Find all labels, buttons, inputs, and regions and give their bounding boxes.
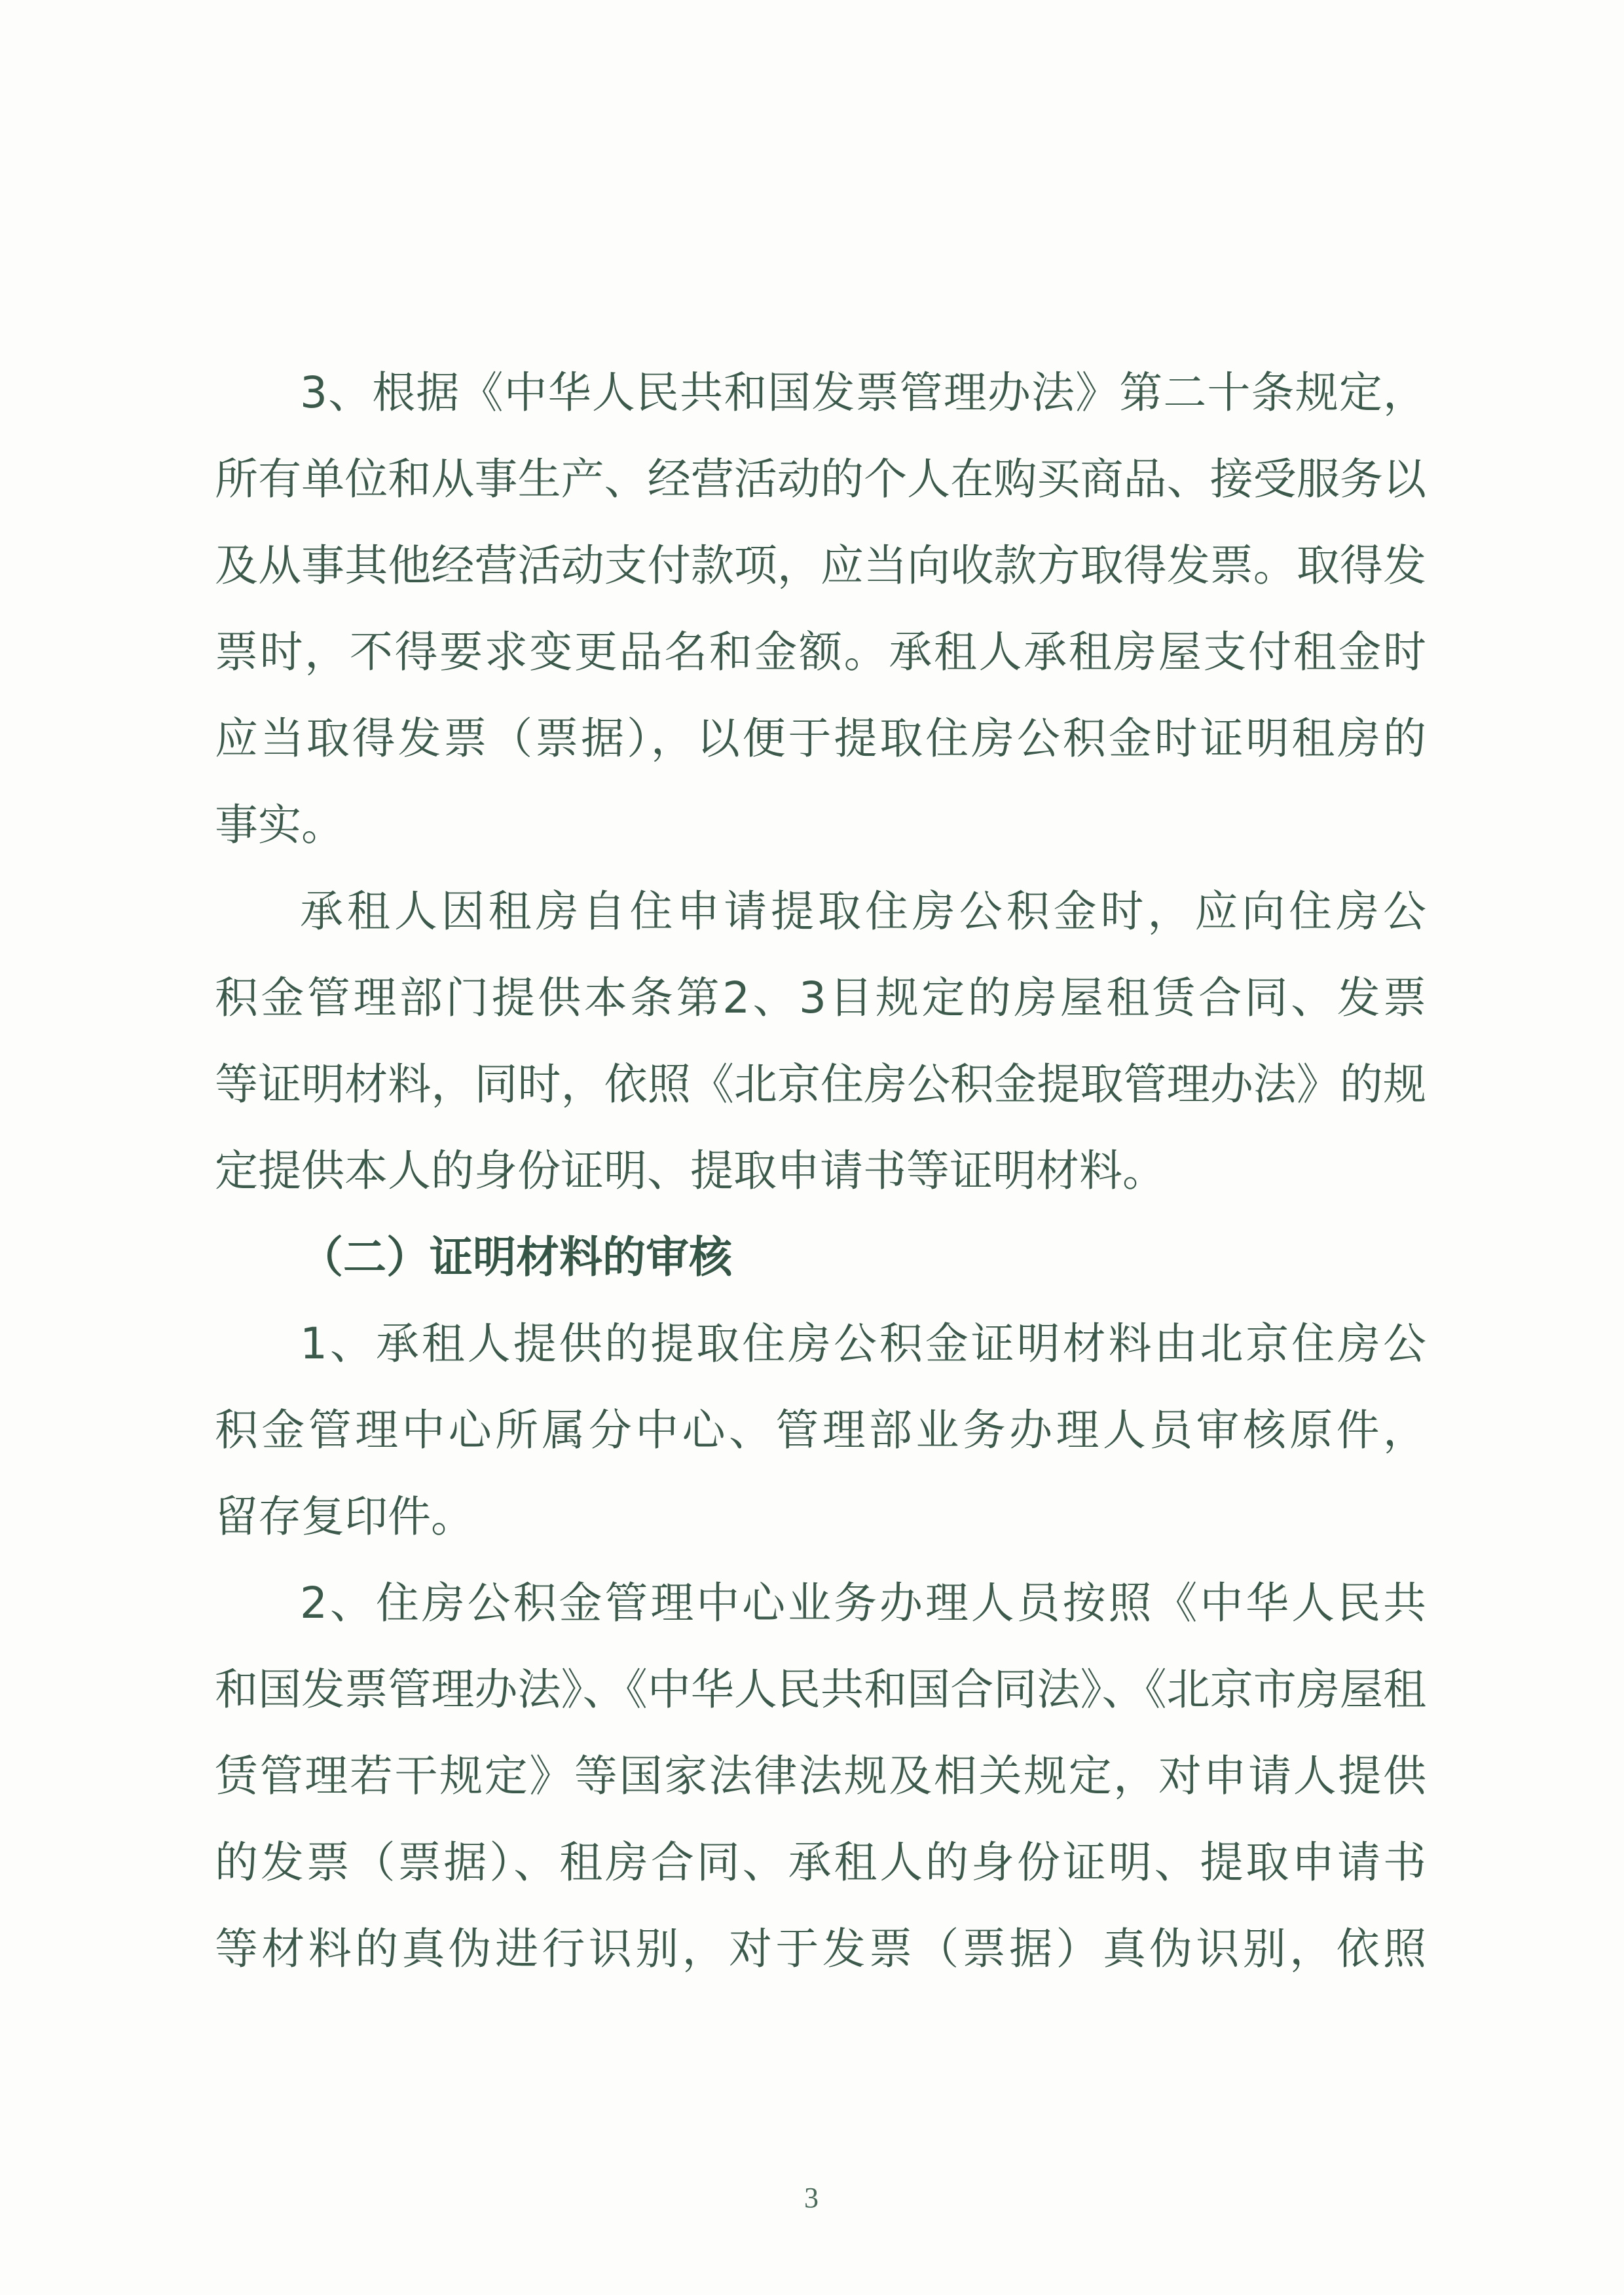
paragraph-line: 的发票（票据）、租房合同、承租人的身份证明、提取申请书	[215, 1837, 1426, 1889]
paragraph-line: 应当取得发票（票据），以便于提取住房公积金时证明租房的	[215, 713, 1426, 765]
paragraph-line: 等证明材料，同时，依照《北京住房公积金提取管理办法》的规	[215, 1058, 1426, 1111]
paragraph-line: 和国发票管理办法》、《中华人民共和国合同法》、《北京市房屋租	[215, 1664, 1426, 1716]
page-number: 3	[804, 2181, 819, 2214]
paragraph-line: 票时，不得要求变更品名和金额。承租人承租房屋支付租金时	[215, 626, 1426, 679]
paragraph-line: 赁管理若干规定》等国家法律法规及相关规定，对申请人提供	[215, 1750, 1426, 1802]
paragraph-line: 3、根据《中华人民共和国发票管理办法》第二十条规定，	[300, 367, 1426, 419]
section-heading: （二）证明材料的审核	[300, 1231, 1426, 1284]
paragraph-line: 留存复印件。	[215, 1491, 1426, 1543]
paragraph-line: 积金管理中心所属分中心、管理部业务办理人员审核原件，	[215, 1404, 1426, 1457]
paragraph-line: 定提供本人的身份证明、提取申请书等证明材料。	[215, 1145, 1426, 1197]
paragraph-line: 承租人因租房自住申请提取住房公积金时，应向住房公	[300, 886, 1426, 938]
paragraph-line: 2、住房公积金管理中心业务办理人员按照《中华人民共	[300, 1577, 1426, 1630]
paragraph-line: 积金管理部门提供本条第2、3目规定的房屋租赁合同、发票	[215, 972, 1426, 1024]
paragraph-line: 及从事其他经营活动支付款项，应当向收款方取得发票。取得发	[215, 540, 1426, 592]
document-page: 3、根据《中华人民共和国发票管理办法》第二十条规定， 所有单位和从事生产、经营活…	[0, 0, 1624, 2295]
paragraph-line: 1、承租人提供的提取住房公积金证明材料由北京住房公	[300, 1318, 1426, 1370]
paragraph-line: 事实。	[215, 799, 1426, 851]
paragraph-line: 等材料的真伪进行识别，对于发票（票据）真伪识别，依照	[215, 1923, 1426, 1975]
paragraph-line: 所有单位和从事生产、经营活动的个人在购买商品、接受服务以	[215, 453, 1426, 506]
